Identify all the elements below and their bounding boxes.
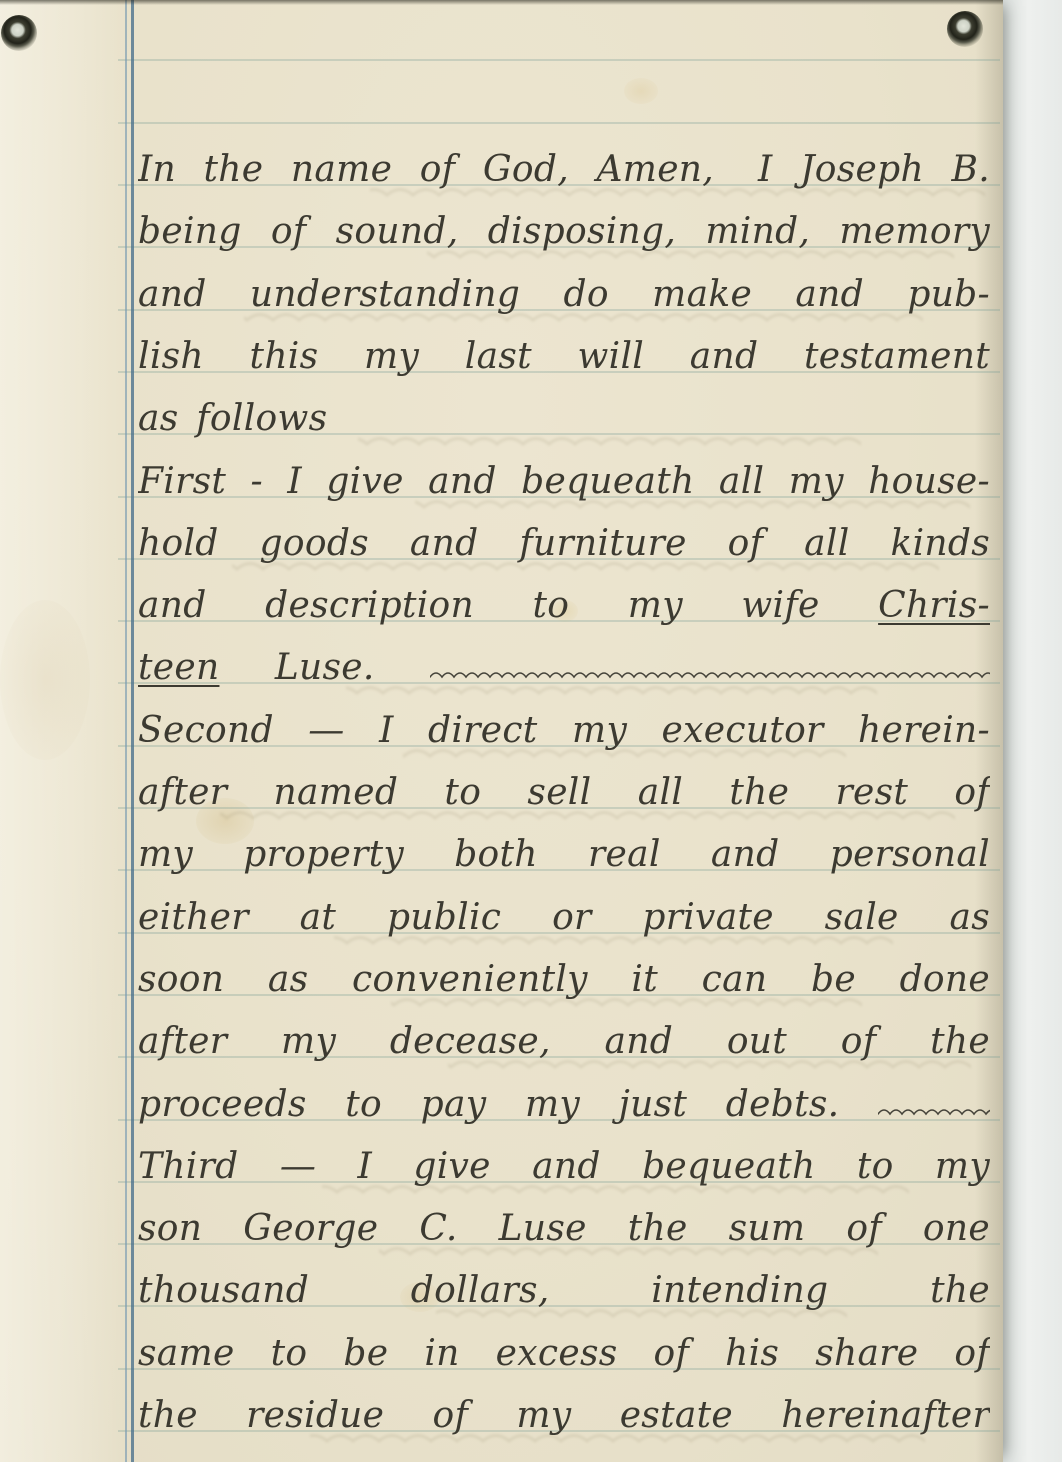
manuscript-line: as follows <box>138 394 990 452</box>
manuscript-line: First - I give and bequeath all my house… <box>138 457 990 515</box>
manuscript-text: In the name of God, Amen,I Joseph B. Lus… <box>0 0 1003 1462</box>
text-segment: proceeds to pay my just debts. <box>138 1084 878 1125</box>
text-segment: my property both real and personal <box>138 834 990 875</box>
manuscript-line: thousand dollars, intending the <box>138 1266 990 1324</box>
text-segment: Third — I give and bequeath to my <box>138 1146 990 1187</box>
manuscript-line: Second — I direct my executor herein- <box>138 706 990 764</box>
text-segment: after named to sell all the rest of <box>138 772 990 813</box>
manuscript-line: same to be in excess of his share of <box>138 1329 990 1387</box>
manuscript-line: the residue of my estate hereinafter <box>138 1391 990 1449</box>
text-segment: lish this my last will and testament <box>138 336 990 377</box>
text-segment: First - I give and bequeath all my house… <box>138 461 990 502</box>
manuscript-line: teen Luse. <box>138 643 990 701</box>
text-segment: son George C. Luse the sum of one <box>138 1208 990 1249</box>
manuscript-line: my property both real and personal <box>138 830 990 888</box>
manuscript-line: and description to my wife Chris- <box>138 581 990 639</box>
scan-background <box>1000 0 1062 1462</box>
text-segment: the residue of my estate hereinafter <box>138 1395 990 1436</box>
text-segment: Second — I direct my executor herein- <box>138 710 990 751</box>
manuscript-line: after my decease, and out of the <box>138 1017 990 1075</box>
text-segment: hold goods and furniture of all kinds <box>138 523 990 564</box>
manuscript-line: soon as conveniently it can be done <box>138 955 990 1013</box>
text-segment: same to be in excess of his share of <box>138 1333 990 1374</box>
underlined-text: teen <box>138 647 219 688</box>
ink-flourish-squiggle <box>430 644 990 694</box>
text-segment: either at public or private sale as <box>138 897 990 938</box>
text-segment: as follows <box>138 398 327 439</box>
manuscript-page: In the name of God, Amen,I Joseph B. Lus… <box>0 0 1003 1462</box>
manuscript-line: after named to sell all the rest of <box>138 768 990 826</box>
text-segment: and description to my wife <box>138 585 878 626</box>
text-segment: Luse. <box>219 647 430 688</box>
text-segment: being of sound, disposing, mind, memory <box>138 211 990 252</box>
text-segment: soon as conveniently it can be done <box>138 959 990 1000</box>
manuscript-line: either at public or private sale as <box>138 893 990 951</box>
manuscript-line: hold goods and furniture of all kinds <box>138 519 990 577</box>
manuscript-line: lish this my last will and testament <box>138 332 990 390</box>
manuscript-line: In the name of God, Amen,I Joseph B. Lus… <box>138 145 990 203</box>
manuscript-line: son George C. Luse the sum of one <box>138 1204 990 1262</box>
text-segment: In the name of God, Amen, <box>138 149 714 190</box>
manuscript-line: Third — I give and bequeath to my <box>138 1142 990 1200</box>
ink-flourish-squiggle <box>878 1081 990 1131</box>
binder-grommet-left-icon <box>1 15 37 51</box>
underlined-text: Chris- <box>878 585 990 626</box>
text-segment: thousand dollars, intending the <box>138 1270 990 1311</box>
manuscript-line: being of sound, disposing, mind, memory <box>138 207 990 265</box>
manuscript-line: and understanding do make and pub- <box>138 270 990 328</box>
binder-grommet-right-icon <box>947 11 983 47</box>
paper-top-edge-shadow <box>0 0 1003 5</box>
text-segment: after my decease, and out of the <box>138 1021 990 1062</box>
scanned-document: In the name of God, Amen,I Joseph B. Lus… <box>0 0 1062 1462</box>
text-segment: and understanding do make and pub- <box>138 274 990 315</box>
manuscript-line: proceeds to pay my just debts. <box>138 1080 990 1138</box>
